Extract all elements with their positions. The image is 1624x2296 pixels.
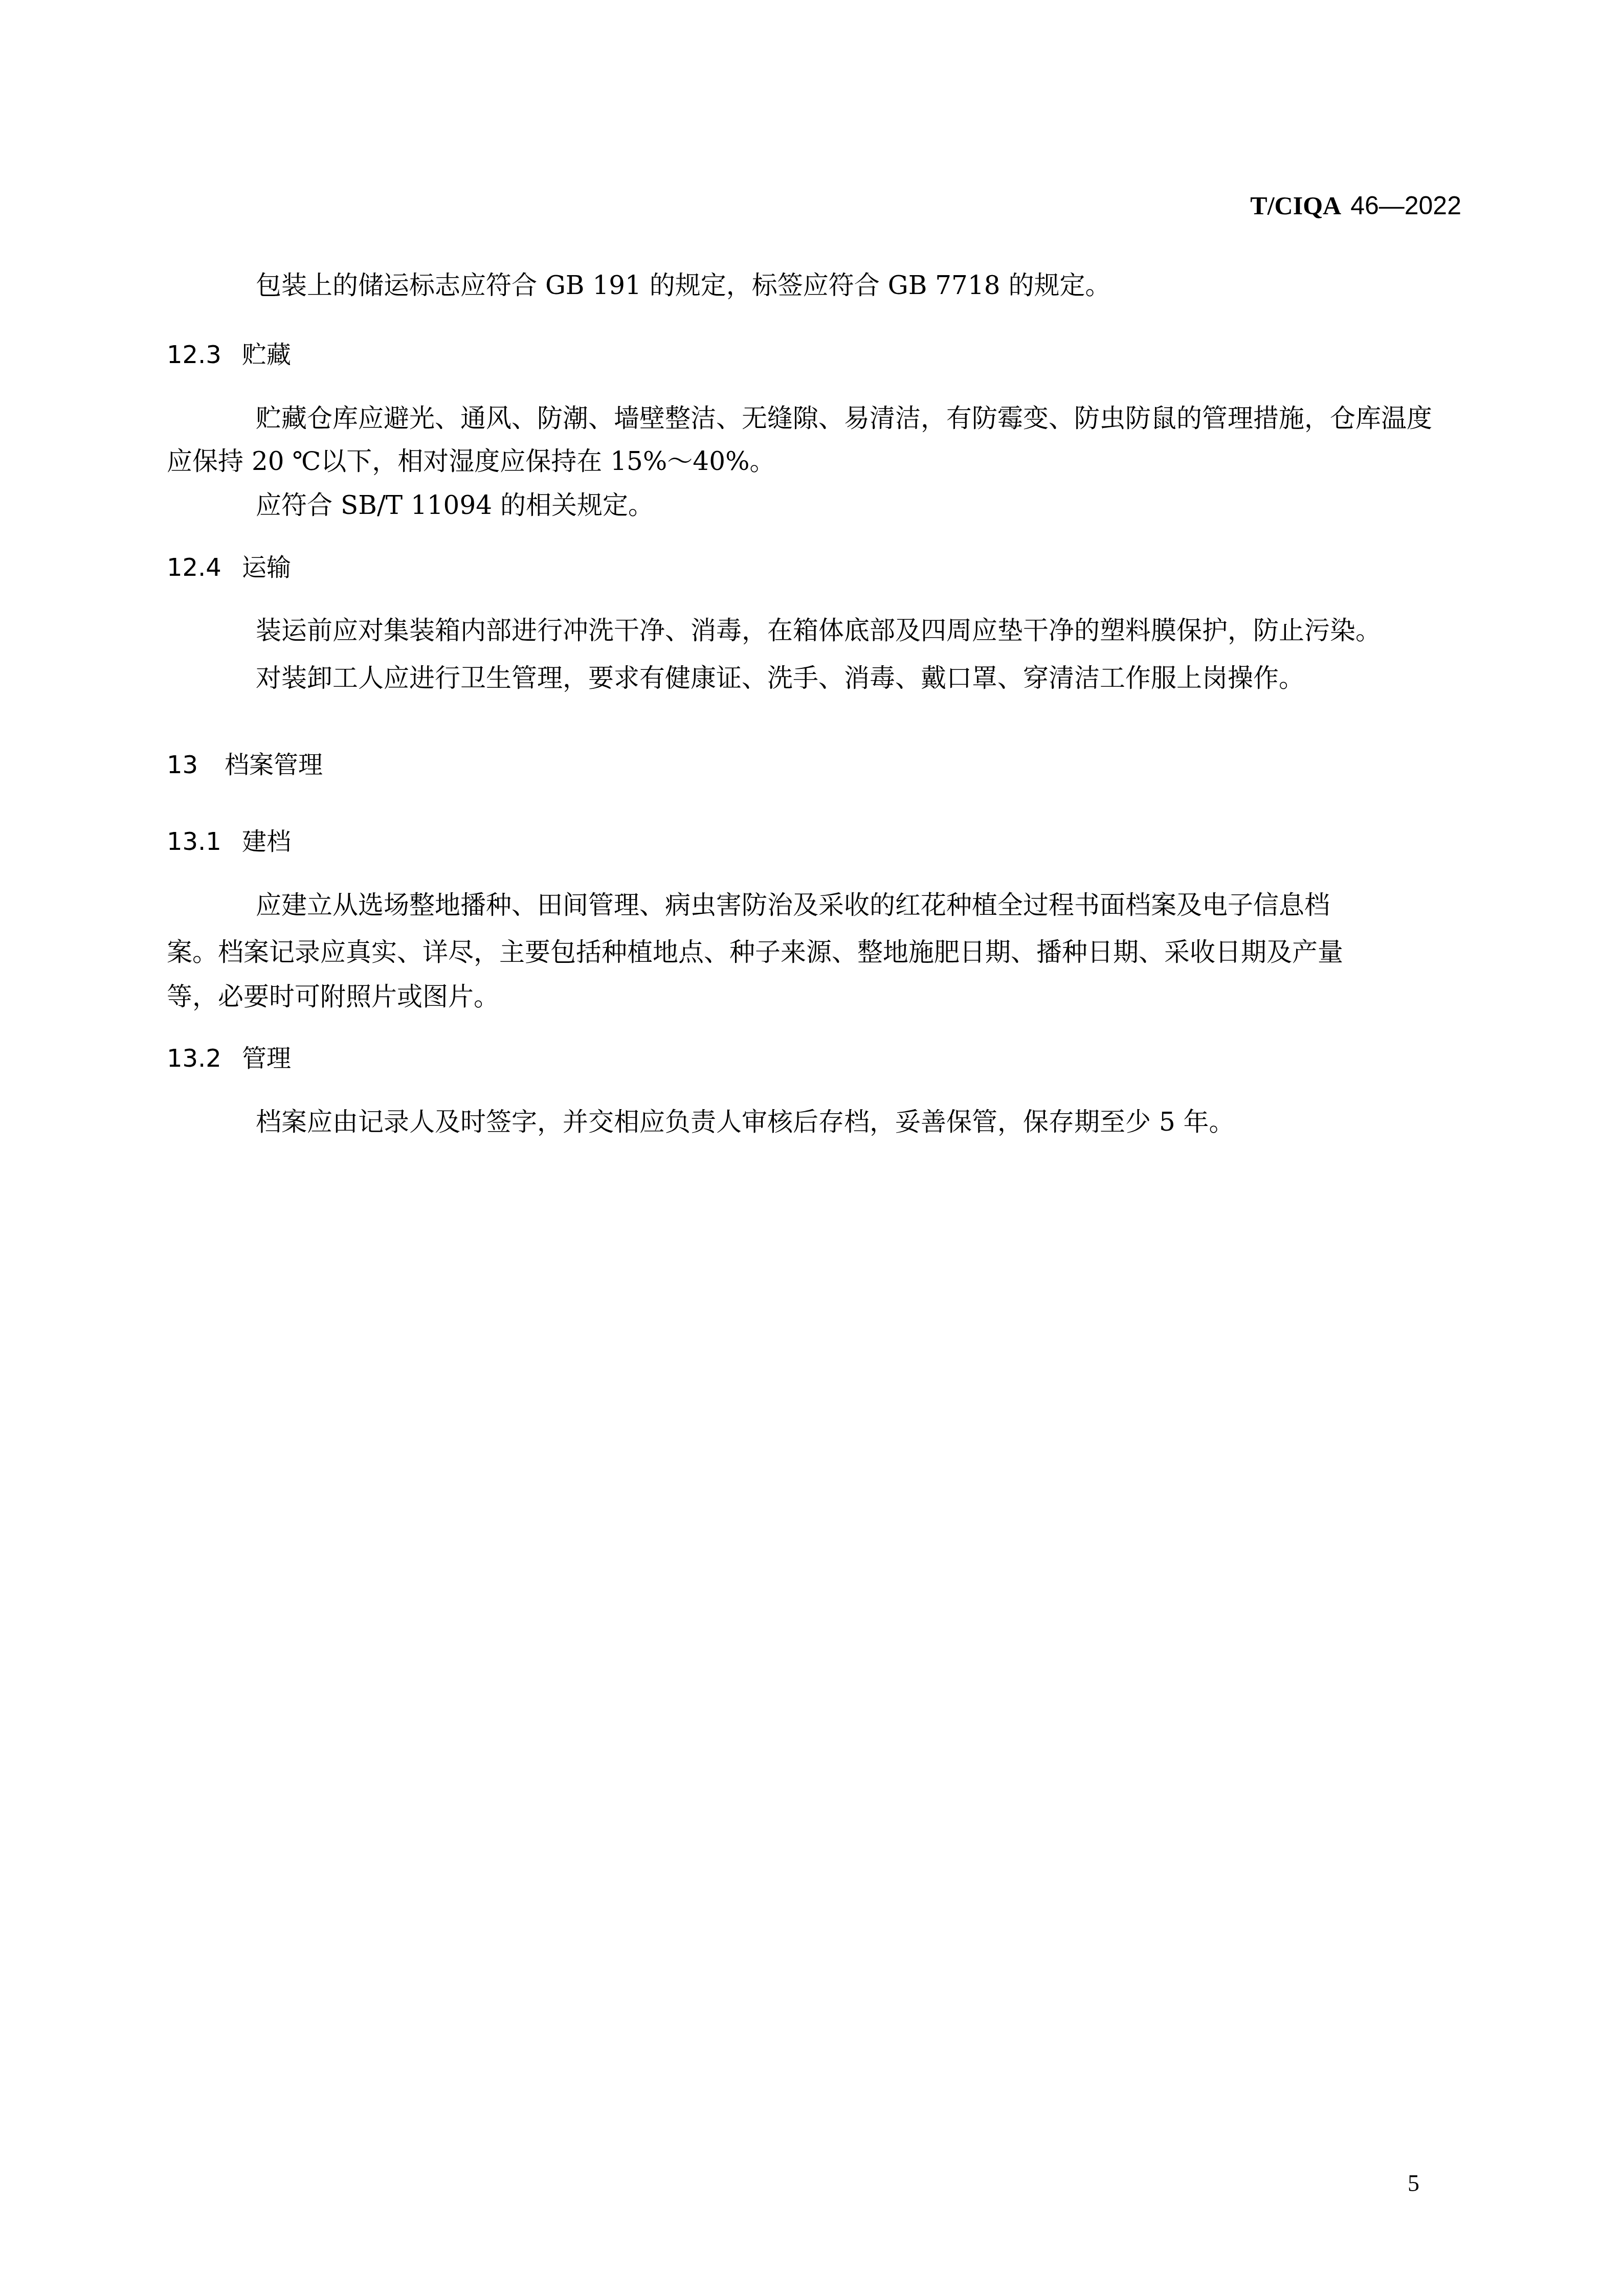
section-number: 12.3	[167, 340, 221, 370]
section-heading-13-2: 13.2管理	[167, 1043, 291, 1074]
document-header: T/CIQA46—2022	[1250, 190, 1461, 221]
paragraph-13-1-line-1: 应建立从选场整地播种、田间管理、病虫害防治及采收的红花种植全过程书面档案及电子信…	[256, 890, 1330, 920]
section-number: 13.1	[167, 826, 221, 857]
page-number: 5	[1408, 2168, 1419, 2199]
section-heading-12-4: 12.4运输	[167, 552, 291, 583]
standard-code: T/CIQA	[1250, 191, 1341, 220]
paragraph-12-3-sbt: 应符合 SB/T 11094 的相关规定。	[256, 490, 654, 521]
section-number: 13	[167, 750, 198, 780]
paragraph-12-3-line-1: 贮藏仓库应避光、通风、防潮、墙壁整洁、无缝隙、易清洁，有防霉变、防虫防鼠的管理措…	[256, 403, 1432, 434]
section-title: 建档	[242, 827, 291, 856]
standard-number: 46—2022	[1350, 191, 1461, 220]
section-title: 运输	[242, 553, 291, 582]
section-heading-13-1: 13.1建档	[167, 826, 291, 857]
paragraph-12-4-line-2: 对装卸工人应进行卫生管理，要求有健康证、洗手、消毒、戴口罩、穿清洁工作服上岗操作…	[256, 663, 1304, 693]
section-number: 13.2	[167, 1043, 221, 1074]
section-number: 12.4	[167, 552, 221, 583]
paragraph-12-3-line-2: 应保持 20 ℃以下，相对湿度应保持在 15%～40%。	[167, 446, 775, 477]
section-heading-12-3: 12.3贮藏	[167, 340, 291, 370]
section-heading-13: 13档案管理	[167, 750, 323, 780]
paragraph-13-1-line-3: 等，必要时可附照片或图片。	[167, 981, 499, 1012]
section-title: 贮藏	[242, 341, 291, 369]
section-title: 管理	[242, 1044, 291, 1073]
section-title: 档案管理	[225, 751, 323, 779]
paragraph-12-4-line-1: 装运前应对集装箱内部进行冲洗干净、消毒，在箱体底部及四周应垫干净的塑料膜保护，防…	[256, 615, 1381, 646]
paragraph-13-2-line-1: 档案应由记录人及时签字，并交相应负责人审核后存档，妥善保管，保存期至少 5 年。	[256, 1107, 1235, 1137]
paragraph-13-1-line-2: 案。档案记录应真实、详尽，主要包括种植地点、种子来源、整地施肥日期、播种日期、采…	[167, 937, 1343, 967]
paragraph-12-2-tail: 包装上的储运标志应符合 GB 191 的规定，标签应符合 GB 7718 的规定…	[256, 270, 1110, 301]
